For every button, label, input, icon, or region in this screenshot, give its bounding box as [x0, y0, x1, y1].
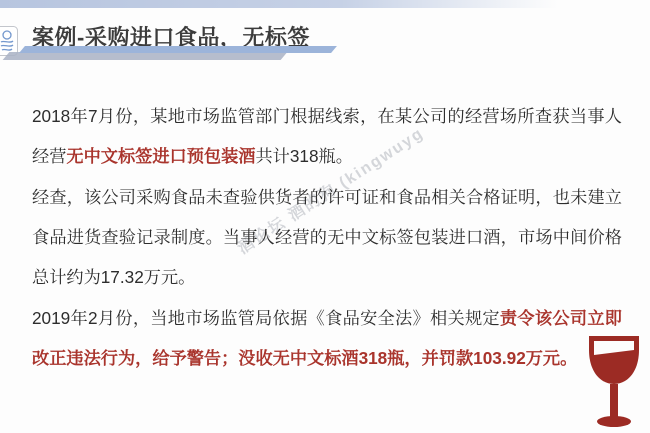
title-underline-secondary — [3, 52, 288, 60]
text-segment: 经查，该公司采购食品未查验供货者的许可证和食品相关合格证明，也未建立食品进货查验… — [32, 187, 622, 287]
title-underline-primary — [19, 46, 337, 53]
slide-canvas: 案例-采购进口食品，无标签 酒论坛 酒的狗 (kingwuyg 2018年7月份… — [0, 0, 650, 433]
top-accent-bar — [0, 0, 620, 8]
paragraph-1: 2018年7月份，某地市场监管部门根据线索，在某公司的经营场所查获当事人经营无中… — [32, 96, 622, 176]
paragraph-3: 2019年2月份，当地市场监管局依据《食品安全法》相关规定责令该公司立即改正违法… — [32, 298, 622, 378]
text-segment: 共计318瓶。 — [255, 146, 352, 166]
case-text: 2018年7月份，某地市场监管部门根据线索，在某公司的经营场所查获当事人经营无中… — [32, 96, 622, 379]
text-segment: 2019年2月份，当地市场监管局依据《食品安全法》相关规定 — [32, 308, 500, 328]
paragraph-2: 经查，该公司采购食品未查验供货者的许可证和食品相关合格证明，也未建立食品进货查验… — [32, 177, 622, 297]
text-segment-highlight: 无中文标签进口预包装酒 — [66, 146, 255, 166]
wine-glass-icon — [586, 334, 642, 428]
